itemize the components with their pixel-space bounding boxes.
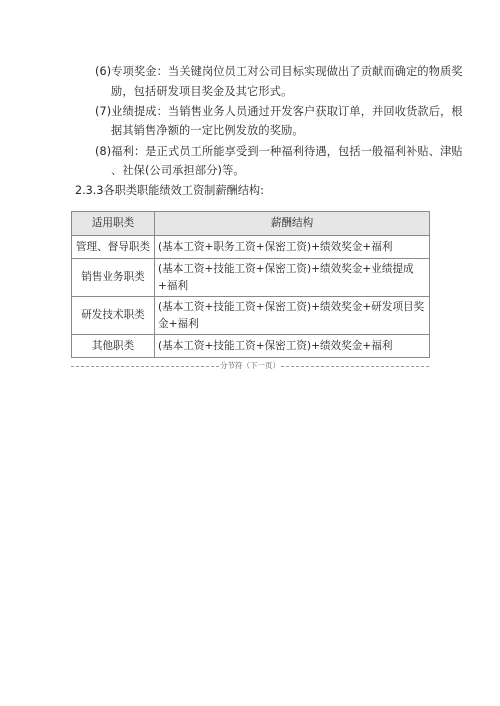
paragraph-item-7-line-2: 据其销售净额的一定比例发放的奖励。 <box>111 124 304 138</box>
paragraph-item-6-line-2: 励，包括研发项目奖金及其它形式。 <box>111 85 292 99</box>
table-row: 销售业务职类 (基本工资+技能工资+保密工资)+绩效奖金+业绩提成+福利 <box>72 259 430 297</box>
table-header-row: 适用职类 薪酬结构 <box>72 212 430 236</box>
row-structure: (基本工资+技能工资+保密工资)+绩效奖金+福利 <box>155 335 430 358</box>
header-salary-structure: 薪酬结构 <box>155 212 430 236</box>
row-category: 管理、督导职类 <box>72 236 155 259</box>
document-page: (6)专项奖金：当关键岗位员工对公司目标实现做出了贡献而确定的物质奖 励，包括研… <box>0 0 500 706</box>
row-structure: (基本工资+技能工资+保密工资)+绩效奖金+研发项目奖金+福利 <box>155 297 430 335</box>
row-structure: (基本工资+职务工资+保密工资)+绩效奖金+福利 <box>155 236 430 259</box>
table-row: 研发技术职类 (基本工资+技能工资+保密工资)+绩效奖金+研发项目奖金+福利 <box>72 297 430 335</box>
paragraph-item-8-line-1: (8)福利：是正式员工所能享受到一种福利待遇，包括一般福利补贴、津贴 <box>95 145 463 159</box>
section-break-dash-right <box>281 366 429 367</box>
section-break: 分节符（下一页） <box>71 362 429 372</box>
row-category: 研发技术职类 <box>72 297 155 335</box>
paragraph-item-6-line-1: (6)专项奖金：当关键岗位员工对公司目标实现做出了贡献而确定的物质奖 <box>95 65 463 79</box>
paragraph-item-8-line-2: 、社保(公司承担部分)等。 <box>111 164 245 178</box>
row-structure: (基本工资+技能工资+保密工资)+绩效奖金+业绩提成+福利 <box>155 259 430 297</box>
paragraph-item-7-line-1: (7)业绩提成：当销售业务人员通过开发客户获取订单，并回收货款后，根 <box>95 105 463 119</box>
section-heading: 2.3.3各职类职能绩效工资制薪酬结构: <box>75 184 264 198</box>
row-category: 其他职类 <box>72 335 155 358</box>
table-row: 管理、督导职类 (基本工资+职务工资+保密工资)+绩效奖金+福利 <box>72 236 430 259</box>
row-category: 销售业务职类 <box>72 259 155 297</box>
header-applicable-category: 适用职类 <box>72 212 155 236</box>
table-row: 其他职类 (基本工资+技能工资+保密工资)+绩效奖金+福利 <box>72 335 430 358</box>
salary-structure-table: 适用职类 薪酬结构 管理、督导职类 (基本工资+职务工资+保密工资)+绩效奖金+… <box>71 211 430 358</box>
